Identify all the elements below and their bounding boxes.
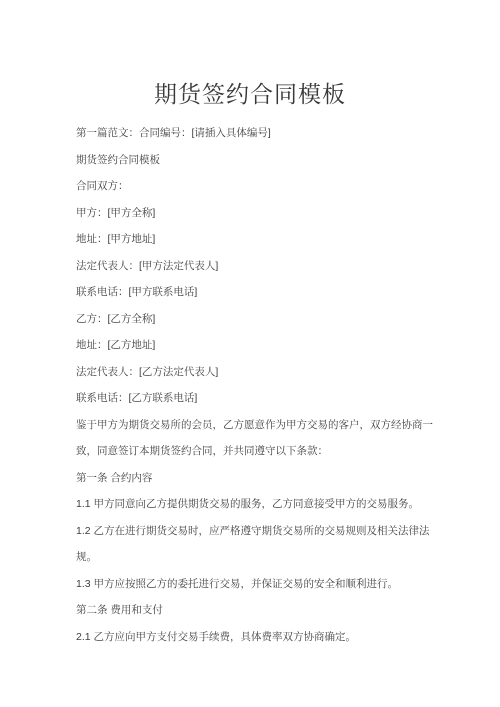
- document-line: 甲方：[甲方全称]: [76, 200, 424, 227]
- document-title: 期货签约合同模板: [0, 80, 500, 108]
- document-line: 第二条 费用和支付: [76, 597, 424, 624]
- document-line: 合同双方：: [76, 173, 424, 200]
- document-line: 规。: [76, 544, 424, 571]
- document-line: 1.2 乙方在进行期货交易时，应严格遵守期货交易所的交易规则及相关法律法: [76, 518, 424, 545]
- document-line: 联系电话：[甲方联系电话]: [76, 279, 424, 306]
- document-line: 法定代表人：[乙方法定代表人]: [76, 359, 424, 386]
- document-line: 第一篇范文：合同编号：[请插入具体编号]: [76, 120, 424, 147]
- document-line: 联系电话：[乙方联系电话]: [76, 385, 424, 412]
- document-line: 地址：[甲方地址]: [76, 226, 424, 253]
- document-line: 法定代表人：[甲方法定代表人]: [76, 253, 424, 280]
- document-line: 鉴于甲方为期货交易所的会员，乙方愿意作为甲方交易的客户，双方经协商一: [76, 412, 424, 439]
- document-body: 第一篇范文：合同编号：[请插入具体编号]期货签约合同模板合同双方：甲方：[甲方全…: [76, 120, 424, 650]
- document-line: 2.1 乙方应向甲方支付交易手续费，具体费率双方协商确定。: [76, 624, 424, 651]
- document-line: 1.1 甲方同意向乙方提供期货交易的服务，乙方同意接受甲方的交易服务。: [76, 491, 424, 518]
- document-line: 乙方：[乙方全称]: [76, 306, 424, 333]
- document-line: 1.3 甲方应按照乙方的委托进行交易，并保证交易的安全和顺利进行。: [76, 571, 424, 598]
- document-page: 期货签约合同模板 第一篇范文：合同编号：[请插入具体编号]期货签约合同模板合同双…: [0, 0, 500, 707]
- document-line: 地址：[乙方地址]: [76, 332, 424, 359]
- document-line: 第一条 合约内容: [76, 465, 424, 492]
- document-line: 致，同意签订本期货签约合同，并共同遵守以下条款：: [76, 438, 424, 465]
- document-line: 期货签约合同模板: [76, 147, 424, 174]
